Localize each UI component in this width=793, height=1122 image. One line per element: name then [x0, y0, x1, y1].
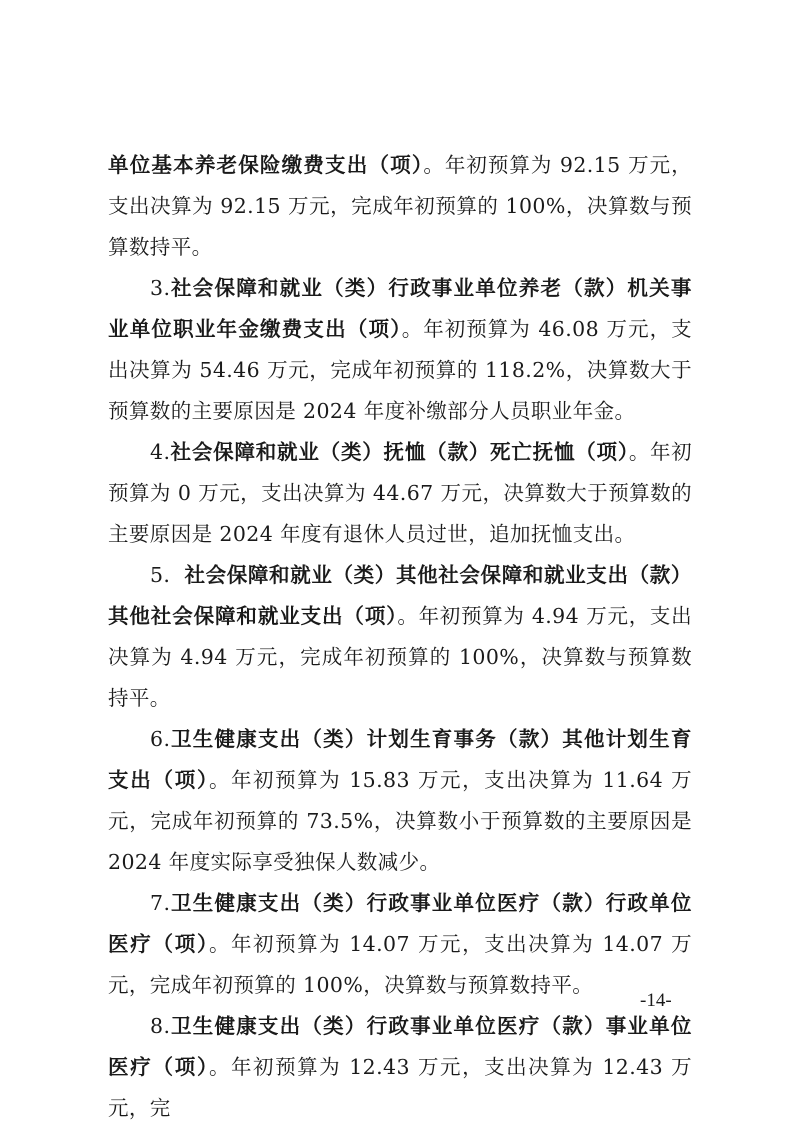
document-page: 单位基本养老保险缴费支出（项）。年初预算为 92.15 万元，支出决算为 92.… — [108, 145, 692, 1122]
paragraph-number: 7. — [150, 891, 170, 915]
paragraph-number: 6. — [150, 727, 170, 751]
paragraph-3: 3.社会保障和就业（类）行政事业单位养老（款）机关事业单位职业年金缴费支出（项）… — [108, 268, 692, 432]
page-number: -14- — [640, 990, 672, 1012]
paragraph-8: 8.卫生健康支出（类）行政事业单位医疗（款）事业单位医疗（项）。年初预算为 12… — [108, 1006, 692, 1122]
paragraph-5: 5．社会保障和就业（类）其他社会保障和就业支出（款）其他社会保障和就业支出（项）… — [108, 555, 692, 719]
paragraph-number: 4. — [150, 440, 170, 464]
paragraph-7: 7.卫生健康支出（类）行政事业单位医疗（款）行政单位医疗（项）。年初预算为 14… — [108, 883, 692, 1006]
paragraph-number: 5． — [150, 563, 184, 587]
paragraph-heading: 单位基本养老保险缴费支出（项） — [108, 153, 423, 177]
paragraph-2-continued: 单位基本养老保险缴费支出（项）。年初预算为 92.15 万元，支出决算为 92.… — [108, 145, 692, 268]
paragraph-4: 4.社会保障和就业（类）抚恤（款）死亡抚恤（项）。年初预算为 0 万元，支出决算… — [108, 432, 692, 555]
paragraph-number: 8. — [150, 1014, 170, 1038]
paragraph-6: 6.卫生健康支出（类）计划生育事务（款）其他计划生育支出（项）。年初预算为 15… — [108, 719, 692, 883]
paragraph-number: 3. — [150, 276, 170, 300]
paragraph-heading: 社会保障和就业（类）抚恤（款）死亡抚恤（项） — [170, 440, 629, 464]
